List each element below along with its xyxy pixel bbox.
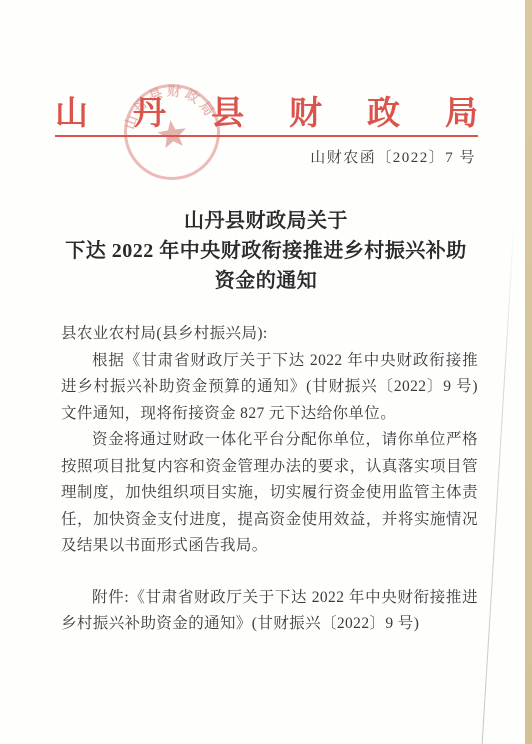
letterhead-divider bbox=[55, 135, 478, 137]
body-paragraph-1: 根据《甘肃省财政厅关于下达 2022 年中央财政衔接推进乡村振兴补助资金预算的通… bbox=[61, 348, 478, 428]
page-edge bbox=[525, 0, 532, 744]
attachment-note: 附件:《甘肃省财政厅关于下达 2022 年中央财衔接推进乡村振兴补助资金的通知》… bbox=[61, 585, 478, 638]
page-edge-shadow bbox=[481, 215, 515, 744]
doc-number: 山财农函〔2022〕7 号 bbox=[55, 146, 476, 167]
body-paragraph-2: 资金将通过财政一体化平台分配你单位，请你单位严格按照项目批复内容和资金管理办法的… bbox=[61, 427, 478, 560]
title-line-2: 下达 2022 年中央财政衔接推进乡村振兴补助 bbox=[56, 236, 476, 266]
title-line-3: 资金的通知 bbox=[56, 266, 476, 296]
document-page: 山丹县财政局 山丹县财政局 山财农函〔2022〕7 号 山丹县财政局关于 下达 … bbox=[0, 0, 532, 744]
letterhead-org-name: 山丹县财政局 bbox=[55, 96, 478, 134]
salutation: 县农业农村局(县乡村振兴局): bbox=[61, 321, 478, 348]
title-line-1: 山丹县财政局关于 bbox=[56, 206, 476, 236]
document-body: 县农业农村局(县乡村振兴局): 根据《甘肃省财政厅关于下达 2022 年中央财政… bbox=[61, 321, 478, 638]
document-title: 山丹县财政局关于 下达 2022 年中央财政衔接推进乡村振兴补助 资金的通知 bbox=[56, 206, 476, 296]
